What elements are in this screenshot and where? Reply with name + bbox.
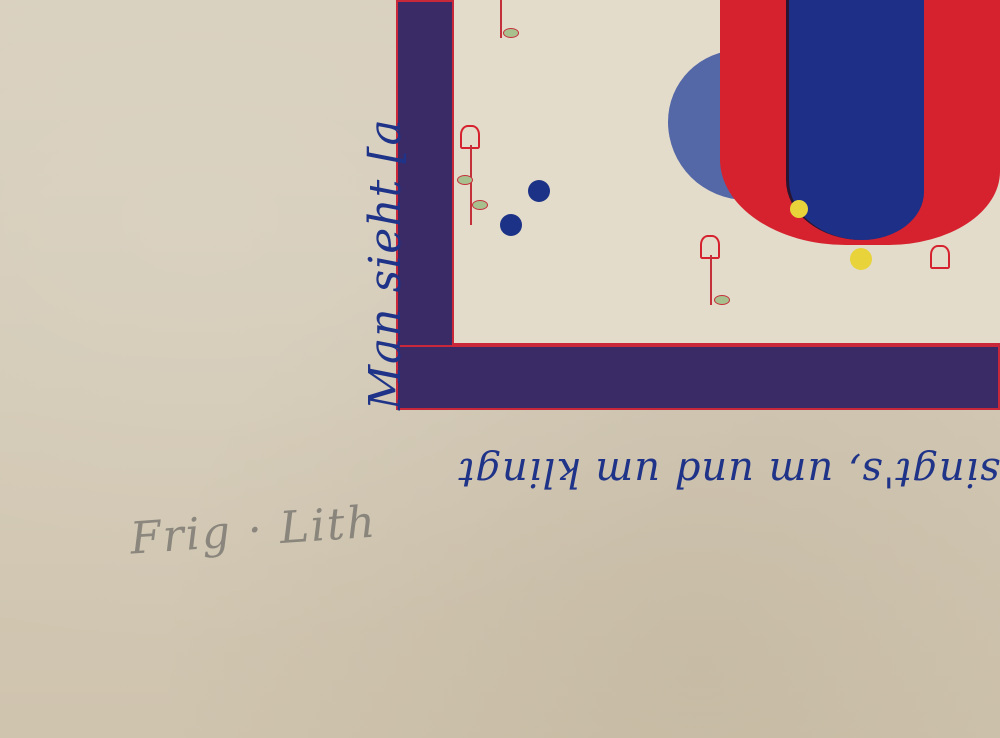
leaf (457, 175, 473, 185)
yellow-flower (850, 248, 872, 270)
frame-inner-line (452, 343, 1000, 345)
leaf (472, 200, 488, 210)
flower-stem (500, 0, 502, 38)
yellow-flower (790, 200, 808, 218)
blue-flower (500, 214, 522, 236)
flower-stem (470, 145, 472, 225)
frame-inner-line (452, 0, 454, 347)
leaf (714, 295, 730, 305)
blue-flower (528, 180, 550, 202)
flower-stem (710, 255, 712, 305)
bottom-caption: singt's, um und um klingt (457, 449, 1000, 495)
print-frame-bottom (396, 345, 1000, 410)
vertical-caption: Man sieht [a (360, 118, 411, 410)
leaf (503, 28, 519, 38)
red-flower (930, 245, 950, 269)
